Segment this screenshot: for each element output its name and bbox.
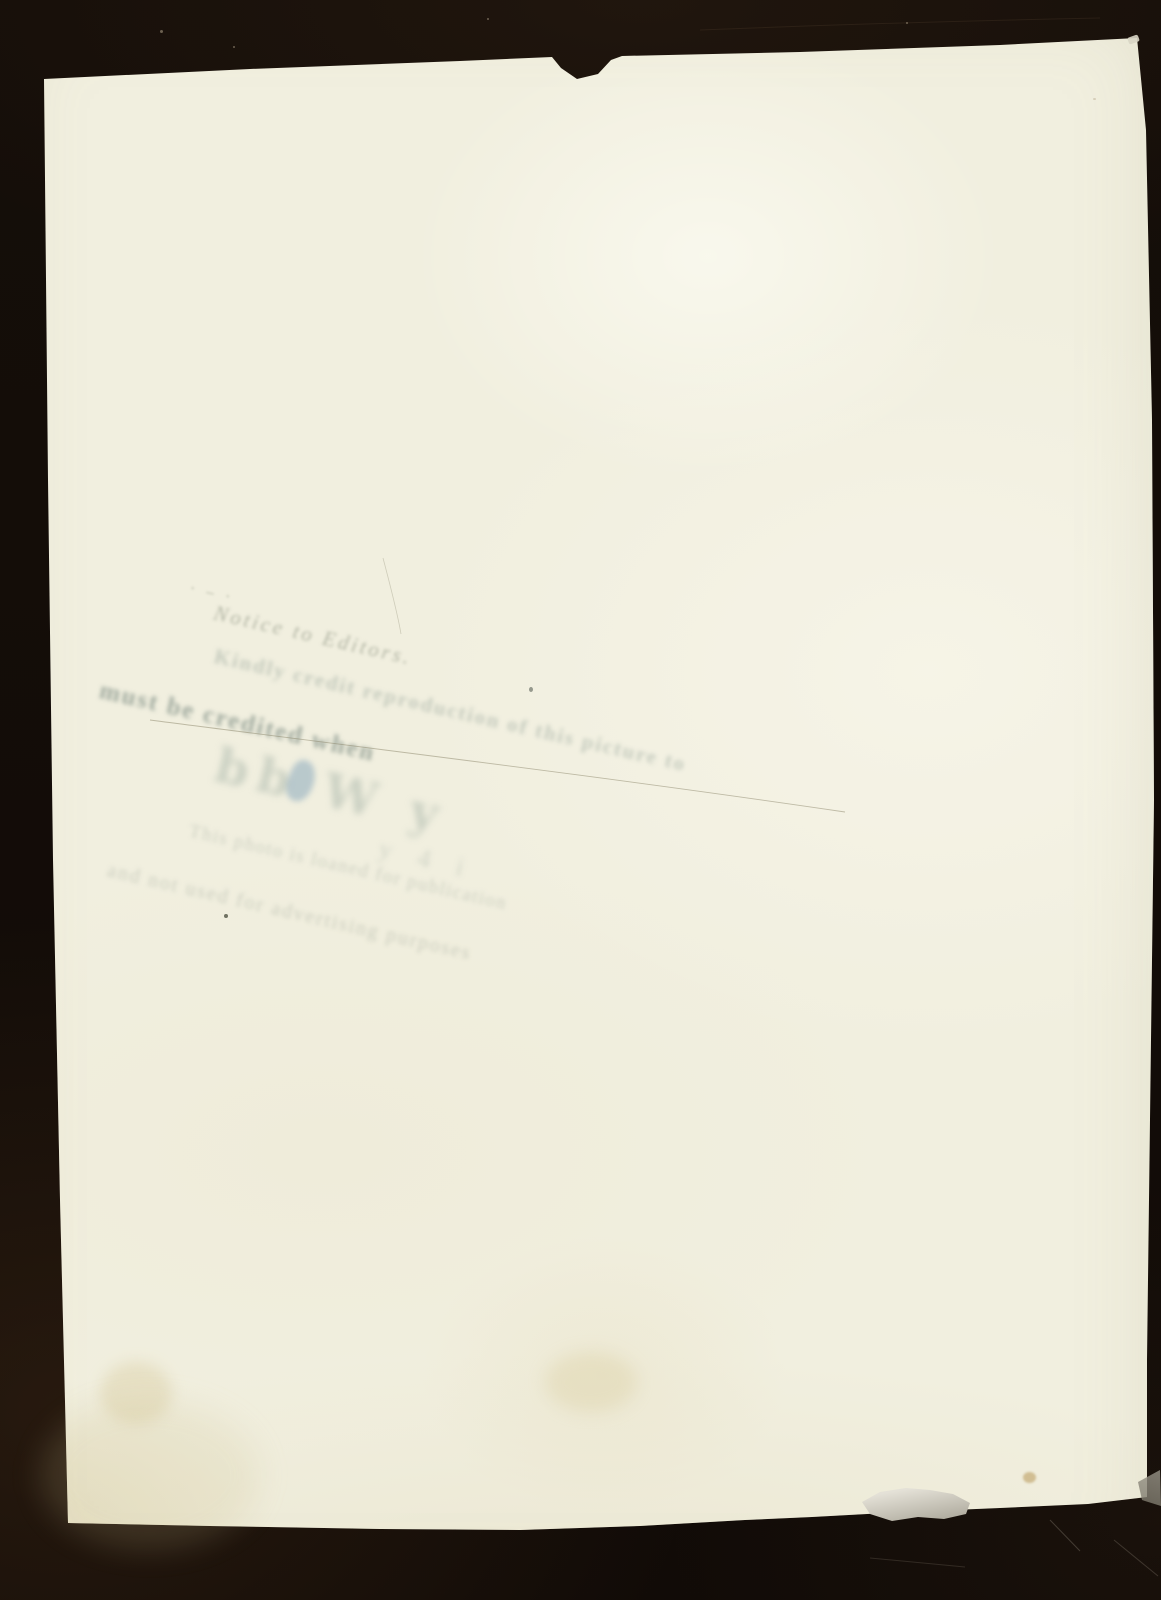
- dust-speck: [1093, 98, 1096, 100]
- dust-speck: [487, 18, 489, 20]
- dust-speck: [233, 46, 235, 48]
- corner-nick: [1127, 34, 1140, 44]
- photo-backdrop: · – · Notice to Editors. Kindly credit r…: [0, 0, 1161, 1600]
- dust-speck: [160, 30, 163, 33]
- photo-paper-back: [0, 0, 1161, 1600]
- dust-speck: [906, 22, 908, 24]
